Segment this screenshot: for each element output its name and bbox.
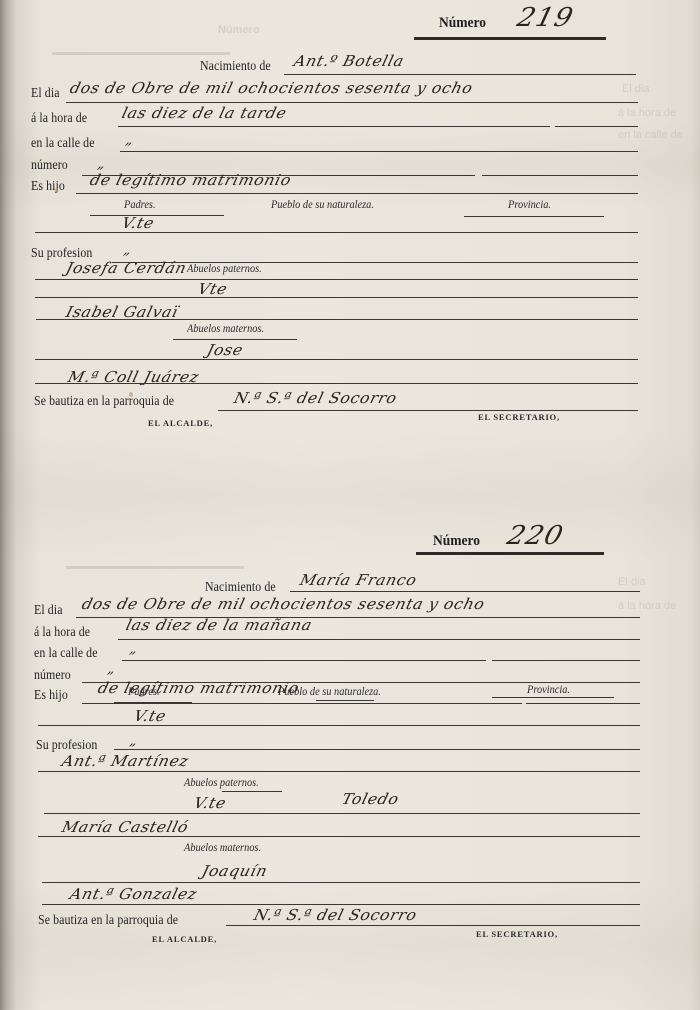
padres-label: Padres. [128, 686, 160, 698]
padre-value: V.te [132, 707, 168, 725]
calle-value: „ [128, 642, 139, 657]
rule [284, 74, 636, 75]
calle-value: „ [124, 133, 135, 148]
es-hijo-label: Es hijo [31, 178, 65, 194]
rule [38, 771, 640, 772]
abuelos-maternos-label: Abuelos maternos. [187, 323, 264, 335]
parroquia-label: Se bautiza en la parroquia de [34, 393, 174, 409]
hora-label: á la hora de [34, 624, 90, 640]
bleed-through-numero-label: Número [218, 24, 260, 36]
nacimiento-label: Nacimiento de [205, 579, 276, 595]
rule [36, 319, 638, 320]
rule [35, 383, 638, 384]
es-hijo-label: Es hijo [34, 687, 68, 703]
calle-label: en la calle de [34, 645, 98, 661]
bleed-through-text: El dia [618, 576, 646, 588]
bleed-through-text: en la calle de [618, 129, 683, 141]
rule [222, 791, 282, 792]
rule [482, 175, 638, 176]
abuelos-paternos-label: Abuelos paternos. [184, 777, 259, 789]
hora-label: á la hora de [31, 110, 87, 126]
abuelo-materno-value: Jose [205, 341, 245, 359]
rule [290, 591, 640, 592]
document-page: Número El dia á la hora de en la calle d… [0, 0, 700, 1010]
rule [120, 151, 638, 152]
abuelo-materno-value: Joaquín [200, 862, 270, 880]
numero-value: 219 [514, 3, 577, 33]
secretario-label: EL SECRETARIO, [476, 929, 558, 939]
profesion-value: „ [128, 734, 139, 749]
rule [90, 215, 224, 216]
rule [526, 703, 640, 704]
rule [35, 297, 638, 298]
nacimiento-label: Nacimiento de [200, 58, 271, 74]
madre-value: Josefa Cerdán [64, 259, 189, 277]
es-hijo-value: de legítimo matrimonio [88, 171, 293, 189]
rule [38, 836, 640, 837]
es-hijo-value: de legítimo matrimonio [96, 679, 301, 697]
nacimiento-nombre: María Franco [298, 571, 419, 589]
numero-casa-label: número [31, 157, 68, 173]
rule [118, 126, 550, 127]
pueblo-label: Pueblo de su naturaleza. [278, 686, 381, 698]
rule [42, 882, 640, 883]
numero-value: 220 [504, 521, 567, 551]
rule [35, 232, 638, 233]
provincia-label: Provincia. [527, 684, 570, 696]
abuela-paterna-value: María Castelló [60, 818, 191, 836]
rule [492, 697, 614, 698]
parroquia-value: N.ª S.ª del Socorro [252, 906, 419, 924]
profesion-label: Su profesion [36, 737, 97, 753]
bleed-through-rule [52, 52, 230, 55]
rule [492, 660, 640, 661]
rule [114, 702, 192, 703]
hora-value: las diez de la tarde [120, 104, 289, 122]
rule [316, 700, 374, 701]
abuelos-paternos-label: Abuelos paternos. [187, 263, 262, 275]
bleed-through-text: á la hora de [618, 600, 676, 612]
calle-label: en la calle de [31, 135, 95, 151]
profesion-value: „ [122, 243, 133, 258]
rule [35, 359, 638, 360]
rule [122, 660, 486, 661]
abuela-materna-value: Ant.ª Gonzalez [68, 885, 199, 903]
rule [35, 279, 638, 280]
numero-rule [416, 552, 604, 555]
abuelo-paterno-value: V.te [192, 794, 228, 812]
abuelo-paterno-value: Vte [196, 280, 229, 298]
alcalde-label: EL ALCALDE, [148, 418, 213, 428]
dia-label: El dia [31, 85, 60, 101]
parroquia-label: Se bautiza en la parroquia de [38, 912, 178, 928]
numero-casa-label: número [34, 667, 71, 683]
bleed-through-text: El dia [622, 83, 650, 95]
rule [464, 216, 604, 217]
rule [76, 193, 638, 194]
secretario-label: EL SECRETARIO, [478, 412, 560, 422]
hora-value: las diez de la mañana [124, 616, 314, 634]
dia-value: dos de Obre de mil ochocientos sesenta y… [80, 595, 487, 613]
numero-casa-value: „ [106, 662, 117, 677]
pueblo-label: Pueblo de su naturaleza. [271, 199, 374, 211]
nacimiento-nombre: Ant.º Botella [292, 52, 406, 70]
numero-rule [414, 37, 606, 40]
rule [38, 725, 640, 726]
padre-value: V.te [120, 214, 156, 232]
dia-label: El dia [34, 602, 63, 618]
rule [218, 410, 638, 411]
numero-label: Número [439, 15, 486, 32]
numero-label: Número [433, 533, 480, 550]
bleed-through-text: á la hora de [618, 107, 676, 119]
rule [226, 925, 640, 926]
abuelo-paterno-apellido: Toledo [340, 790, 401, 808]
paper-shading [0, 430, 700, 560]
parroquia-value: N.ª S.ª del Socorro [232, 389, 399, 407]
provincia-label: Provincia. [508, 199, 551, 211]
paper-stain [129, 392, 133, 397]
dia-value: dos de Obre de mil ochocientos sesenta y… [68, 79, 475, 97]
rule [114, 749, 640, 750]
madre-value: Ant.ª Martínez [60, 752, 191, 770]
rule [555, 126, 638, 127]
numero-casa-value: „ [96, 157, 107, 172]
bleed-through-rule [66, 566, 244, 569]
padres-label: Padres. [124, 199, 156, 211]
rule [118, 639, 640, 640]
alcalde-label: EL ALCALDE, [152, 934, 217, 944]
abuelos-maternos-label: Abuelos maternos. [184, 842, 261, 854]
paper-stain [55, 188, 58, 193]
rule [44, 813, 640, 814]
